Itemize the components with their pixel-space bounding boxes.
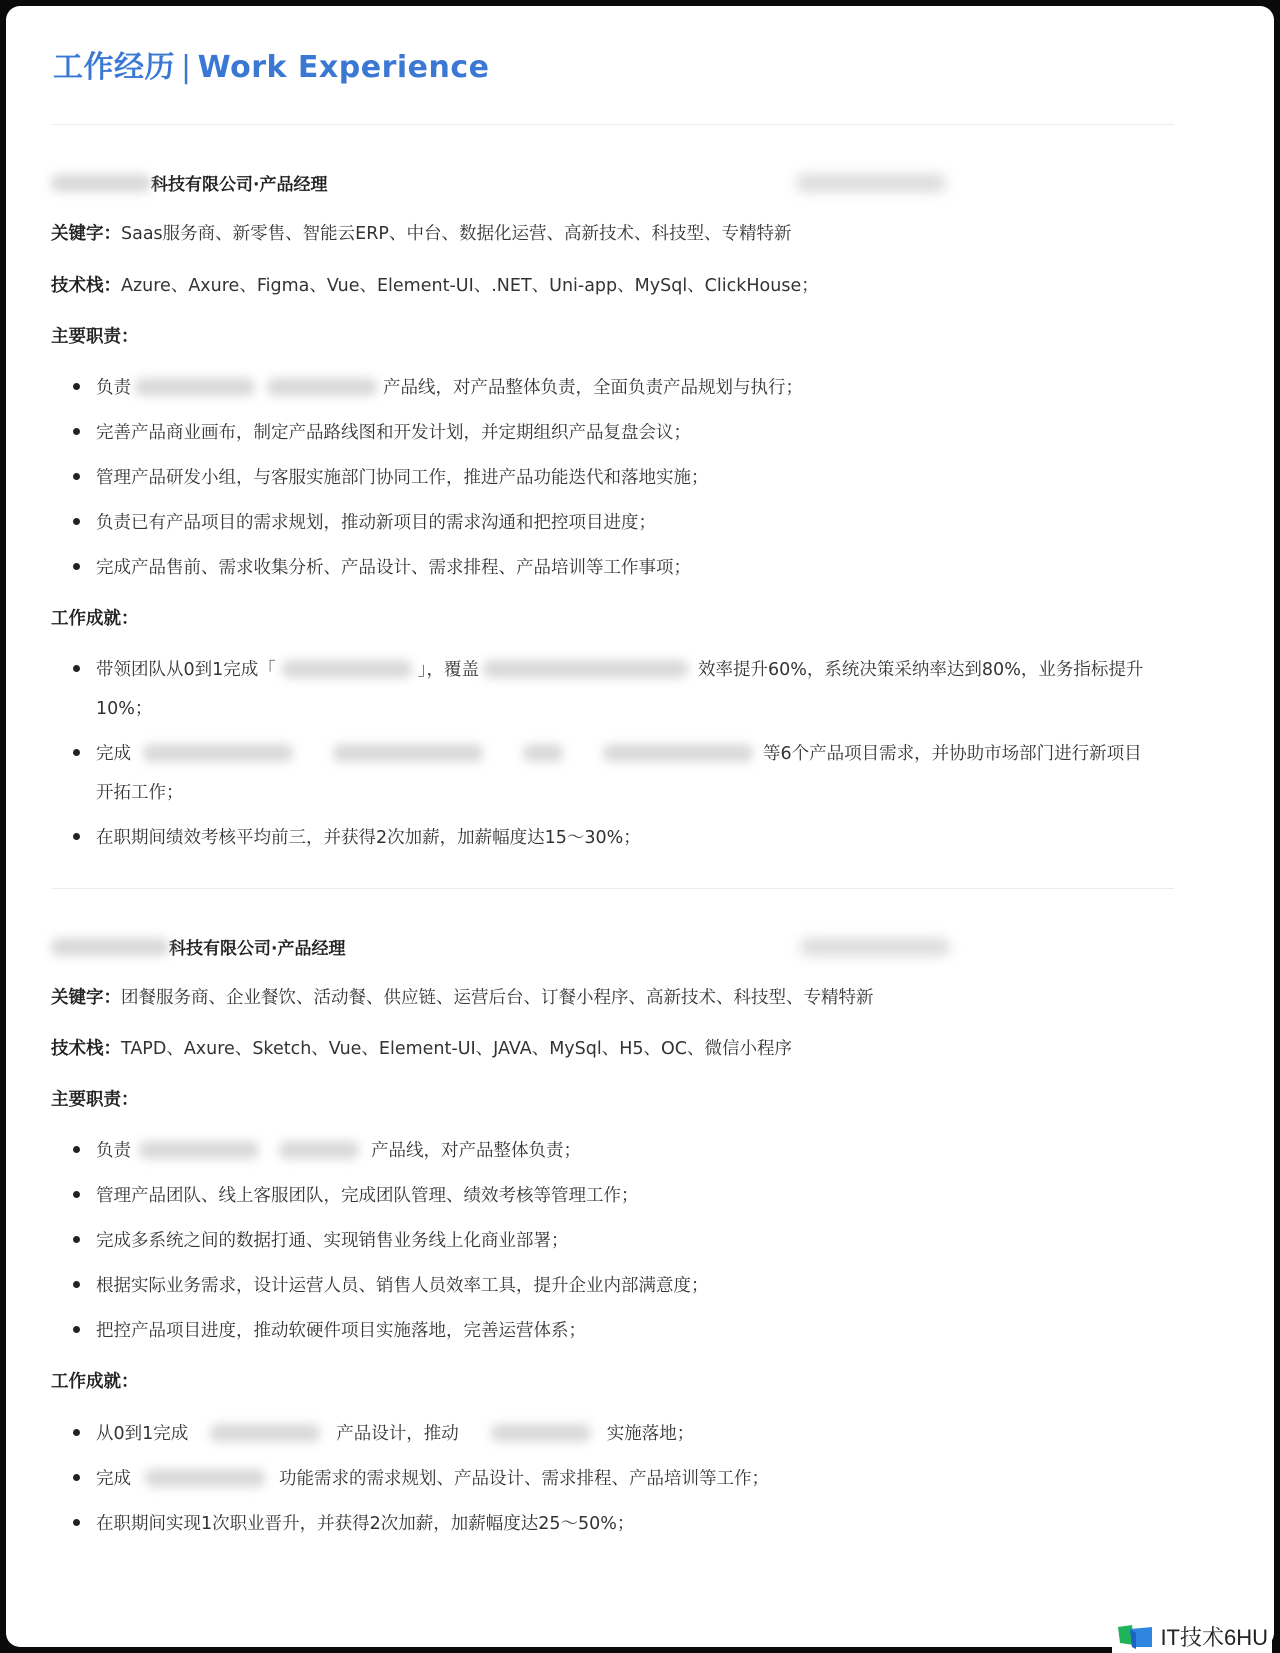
stack-label: 技术栈：	[51, 1039, 121, 1059]
title-separator: |	[181, 50, 192, 85]
redacted-text	[523, 744, 563, 762]
resume-card: 工作经历|Work Experience 科技有限公司·产品经理 关键字：Saa…	[6, 6, 1274, 1647]
bullet-dot	[73, 563, 80, 570]
job-1-keywords: 关键字：Saas服务商、新零售、智能云ERP、中台、数据化运营、高新技术、科技型…	[51, 220, 791, 245]
bullet-dot	[73, 833, 80, 840]
stack-label: 技术栈：	[51, 276, 121, 296]
redacted-date-range	[796, 174, 946, 192]
job-2-duties-heading: 主要职责：	[51, 1086, 139, 1111]
list-item: 在职期间绩效考核平均前三，并获得2次加薪，加薪幅度达15～30%；	[73, 824, 641, 849]
list-item: 管理产品研发小组，与客服实施部门协同工作，推进产品功能迭代和落地实施；	[73, 464, 709, 489]
list-item: 完成多系统之间的数据打通、实现销售业务线上化商业部署；	[73, 1227, 569, 1252]
job-2-achievements-heading: 工作成就：	[51, 1368, 139, 1393]
list-item: 负责 产品线，对产品整体负责；	[73, 1137, 581, 1162]
bullet-dot	[73, 1474, 80, 1481]
bullet-dot	[73, 473, 80, 480]
keywords-label: 关键字：	[51, 224, 121, 244]
list-item: 从0到1完成 产品设计，推动 实施落地；	[73, 1420, 694, 1445]
list-item: 负责 产品线，对产品整体负责，全面负责产品规划与执行；	[73, 374, 803, 399]
bullet-dot	[73, 1146, 80, 1153]
list-item-continuation: 开拓工作；	[96, 779, 184, 804]
section-divider	[51, 124, 1174, 125]
section-title: 工作经历|Work Experience	[53, 42, 490, 86]
redacted-text	[139, 1141, 259, 1159]
list-item: 完成产品售前、需求收集分析、产品设计、需求排程、产品培训等工作事项；	[73, 554, 691, 579]
keywords-label: 关键字：	[51, 988, 121, 1008]
keywords-value: 团餐服务商、企业餐饮、活动餐、供应链、运营后台、订餐小程序、高新技术、科技型、专…	[121, 988, 874, 1008]
job-1-stack: 技术栈：Azure、Axure、Figma、Vue、Element-UI、.NE…	[51, 272, 819, 297]
stack-value: TAPD、Axure、Sketch、Vue、Element-UI、JAVA、My…	[121, 1039, 792, 1059]
list-item: 带领团队从0到1完成「 」，覆盖 效率提升60%，系统决策采纳率达到80%，业务…	[73, 656, 1143, 681]
job-2-keywords: 关键字：团餐服务商、企业餐饮、活动餐、供应链、运营后台、订餐小程序、高新技术、科…	[51, 984, 874, 1009]
bullet-dot	[73, 749, 80, 756]
job-1-duties-heading: 主要职责：	[51, 323, 139, 348]
redacted-text	[279, 1141, 359, 1159]
bullet-dot	[73, 1236, 80, 1243]
book-logo-icon	[1116, 1623, 1154, 1649]
list-item-continuation: 10%；	[96, 695, 152, 720]
redacted-text	[282, 660, 412, 678]
list-item: 完成 等6个产品项目需求，并协助市场部门进行新项目	[73, 740, 1142, 765]
list-item: 管理产品团队、线上客服团队，完成团队管理、绩效考核等管理工作；	[73, 1182, 639, 1207]
bullet-dot	[73, 1281, 80, 1288]
company-title: 科技有限公司·产品经理	[169, 934, 345, 959]
redacted-text	[143, 744, 293, 762]
job-divider	[51, 888, 1174, 889]
job-1-achievements-heading: 工作成就：	[51, 605, 139, 630]
bullet-dot	[73, 1191, 80, 1198]
bullet-dot	[73, 383, 80, 390]
watermark-text: IT技术6HU	[1160, 1621, 1268, 1652]
redacted-text	[333, 744, 483, 762]
company-title: 科技有限公司·产品经理	[151, 170, 327, 195]
bullet-dot	[73, 1326, 80, 1333]
redacted-text	[603, 744, 753, 762]
job-2-company: 科技有限公司·产品经理	[51, 934, 345, 959]
job-1-company: 科技有限公司·产品经理	[51, 170, 327, 195]
title-en: Work Experience	[198, 50, 490, 85]
list-item: 在职期间实现1次职业晋升，并获得2次加薪，加薪幅度达25～50%；	[73, 1510, 634, 1535]
bullet-dot	[73, 1519, 80, 1526]
redacted-text	[483, 660, 688, 678]
redacted-text	[135, 378, 255, 396]
bullet-dot	[73, 665, 80, 672]
redacted-text	[267, 378, 377, 396]
bullet-dot	[73, 428, 80, 435]
redacted-text	[145, 1469, 265, 1487]
list-item: 把控产品项目进度，推动软硬件项目实施落地，完善运营体系；	[73, 1317, 586, 1342]
job-2-stack: 技术栈：TAPD、Axure、Sketch、Vue、Element-UI、JAV…	[51, 1035, 792, 1060]
keywords-value: Saas服务商、新零售、智能云ERP、中台、数据化运营、高新技术、科技型、专精特…	[121, 224, 791, 244]
bullet-dot	[73, 1429, 80, 1436]
list-item: 完成 功能需求的需求规划、产品设计、需求排程、产品培训等工作；	[73, 1465, 769, 1490]
bullet-dot	[73, 518, 80, 525]
list-item: 负责已有产品项目的需求规划，推动新项目的需求沟通和把控项目进度；	[73, 509, 656, 534]
redacted-company-name	[51, 938, 169, 956]
redacted-text	[491, 1424, 591, 1442]
redacted-date-range	[800, 938, 950, 956]
list-item: 根据实际业务需求，设计运营人员、销售人员效率工具，提升企业内部满意度；	[73, 1272, 709, 1297]
redacted-company-name	[51, 174, 151, 192]
stack-value: Azure、Axure、Figma、Vue、Element-UI、.NET、Un…	[121, 276, 819, 296]
title-cn: 工作经历	[53, 50, 175, 85]
list-item: 完善产品商业画布，制定产品路线图和开发计划，并定期组织产品复盘会议；	[73, 419, 691, 444]
watermark: IT技术6HU	[1112, 1619, 1272, 1653]
redacted-text	[210, 1424, 320, 1442]
